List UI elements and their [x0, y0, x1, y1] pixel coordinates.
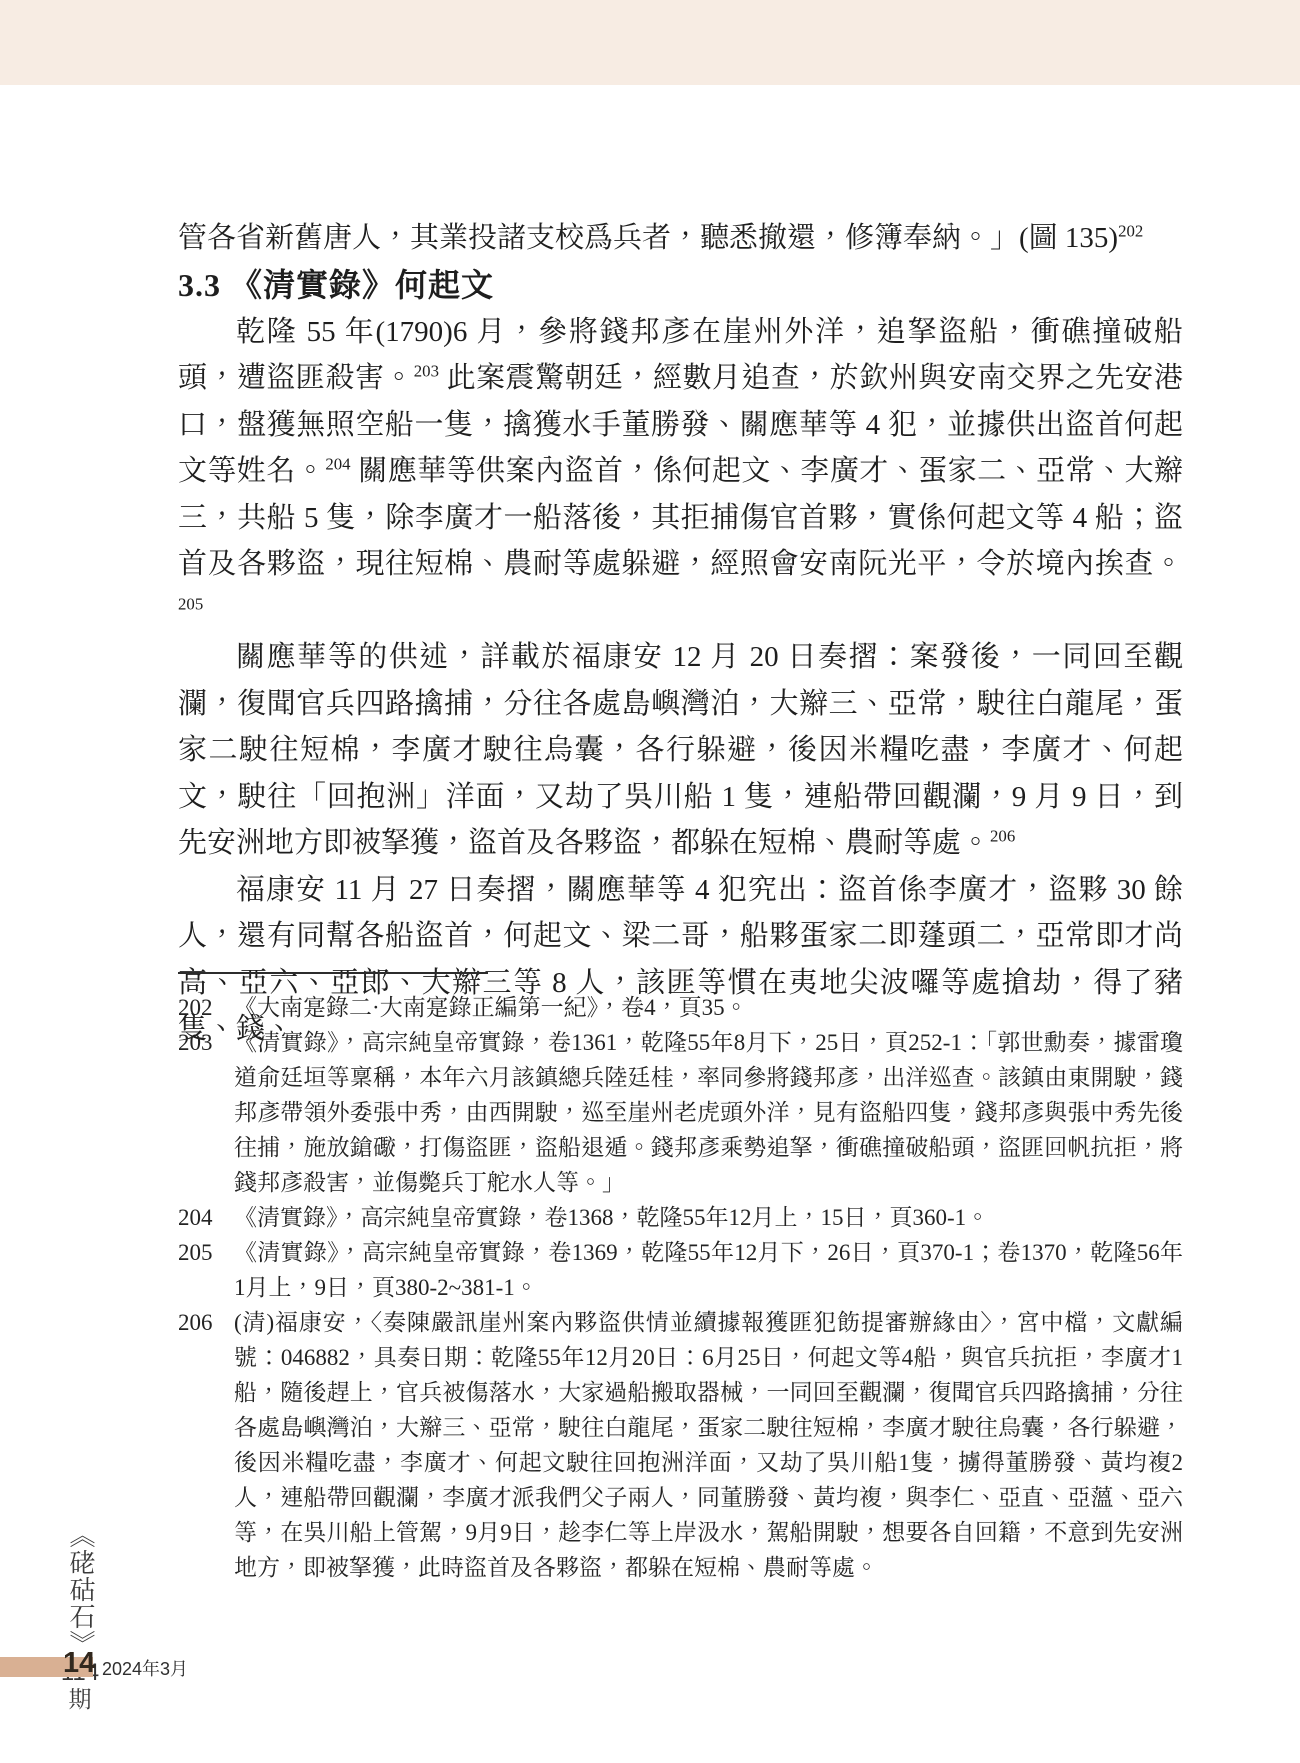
issue-date: 2024年3月 [102, 1660, 188, 1678]
footnote-item: 202《大南寔錄二·大南寔錄正編第一紀》，卷4，頁35。 [178, 990, 1183, 1025]
journal-issue-word: 期 [69, 1688, 92, 1711]
footnotes-list: 202《大南寔錄二·大南寔錄正編第一紀》，卷4，頁35。203《清實錄》，高宗純… [178, 990, 1183, 1585]
section-heading: 3.3 《清實錄》何起文 [178, 262, 1183, 309]
body-paragraphs: 乾隆 55 年(1790)6 月，參將錢邦彥在崖州外洋，追拏盜船，衝礁撞破船頭，… [178, 309, 1183, 1053]
body-paragraph: 乾隆 55 年(1790)6 月，參將錢邦彥在崖州外洋，追拏盜船，衝礁撞破船頭，… [178, 309, 1183, 635]
footnote-number: 206 [178, 1305, 213, 1340]
journal-page: { "page": { "background": "#ffffff", "to… [0, 0, 1300, 1763]
footnote-text: (清)福康安，〈奏陳嚴訊崖州案內夥盜供情並續據報獲匪犯飭提審辦緣由〉，宮中檔，文… [234, 1310, 1183, 1580]
footnote-number: 204 [178, 1200, 213, 1235]
page-body: 管各省新舊唐人，其業投諸支校爲兵者，聽悉撤還，修簿奉納。」(圖 135)202 … [178, 215, 1183, 1053]
page-number: 14 [63, 1649, 95, 1678]
body-intro-line: 管各省新舊唐人，其業投諸支校爲兵者，聽悉撤還，修簿奉納。」(圖 135)202 [178, 215, 1183, 262]
footnote-number: 202 [178, 990, 213, 1025]
footnote-number: 205 [178, 1235, 213, 1270]
footnote-separator [178, 972, 488, 974]
footnote-block: 202《大南寔錄二·大南寔錄正編第一紀》，卷4，頁35。203《清實錄》，高宗純… [178, 972, 1183, 1585]
footnote-ref: 203 [414, 361, 439, 380]
page-top-band [0, 0, 1300, 85]
footnote-ref: 205 [178, 594, 203, 613]
footnote-ref: 204 [325, 454, 350, 473]
footnote-item: 206(清)福康安，〈奏陳嚴訊崖州案內夥盜供情並續據報獲匪犯飭提審辦緣由〉，宮中… [178, 1305, 1183, 1585]
journal-title-vertical: 《硓𥑮石》 [67, 1522, 93, 1657]
footnote-ref: 202 [1118, 221, 1143, 240]
footnote-text: 《大南寔錄二·大南寔錄正編第一紀》，卷4，頁35。 [234, 995, 748, 1020]
footnote-number: 203 [178, 1025, 213, 1060]
body-paragraph: 關應華等的供述，詳載於福康安 12 月 20 日奏摺：案發後，一同回至觀瀾，復聞… [178, 634, 1183, 867]
footnote-text: 《清實錄》，高宗純皇帝實錄，卷1369，乾隆55年12月下，26日，頁370-1… [234, 1240, 1183, 1300]
footnote-ref: 206 [990, 826, 1015, 845]
footnote-text: 《清實錄》，高宗純皇帝實錄，卷1361，乾隆55年8月下，25日，頁252-1：… [234, 1030, 1183, 1195]
footnote-item: 203《清實錄》，高宗純皇帝實錄，卷1361，乾隆55年8月下，25日，頁252… [178, 1025, 1183, 1200]
footnote-item: 205《清實錄》，高宗純皇帝實錄，卷1369，乾隆55年12月下，26日，頁37… [178, 1235, 1183, 1305]
footnote-item: 204《清實錄》，高宗純皇帝實錄，卷1368，乾隆55年12月上，15日，頁36… [178, 1200, 1183, 1235]
journal-spine: 《硓𥑮石》 114 期 [58, 1522, 102, 1711]
footnote-text: 《清實錄》，高宗純皇帝實錄，卷1368，乾隆55年12月上，15日，頁360-1… [234, 1205, 989, 1230]
